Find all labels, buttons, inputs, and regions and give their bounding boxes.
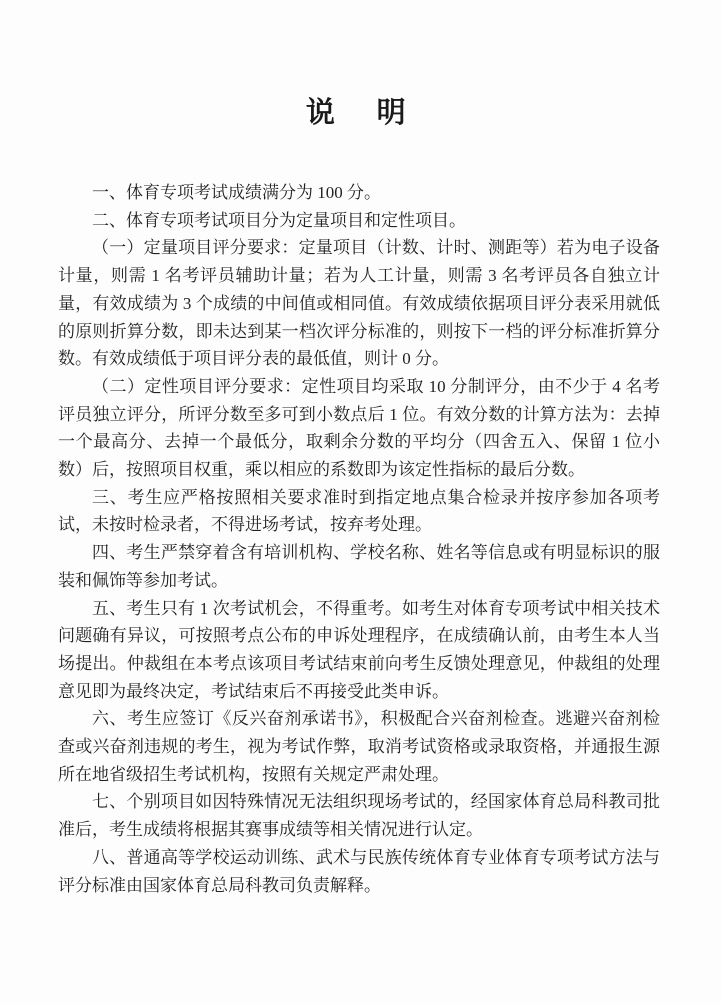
paragraph-2: 二、体育专项考试项目分为定量项目和定性项目。 xyxy=(58,207,660,235)
paragraph-4: （二）定性项目评分要求：定性项目均采取 10 分制评分，由不少于 4 名考评员独… xyxy=(58,373,660,484)
paragraph-3: （一）定量项目评分要求：定量项目（计数、计时、测距等）若为电子设备计量，则需 1… xyxy=(58,234,660,373)
paragraph-10: 八、普通高等学校运动训练、武术与民族传统体育专业体育专项考试方法与评分标准由国家… xyxy=(58,844,660,899)
paragraph-1: 一、体育专项考试成绩满分为 100 分。 xyxy=(58,179,660,207)
paragraph-8: 六、考生应签订《反兴奋剂承诺书》，积极配合兴奋剂检查。逃避兴奋剂检查或兴奋剂违规… xyxy=(58,705,660,788)
paragraph-7: 五、考生只有 1 次考试机会，不得重考。如考生对体育专项考试中相关技术问题确有异… xyxy=(58,595,660,706)
page-title: 说 明 xyxy=(58,96,660,130)
paragraph-9: 七、个别项目如因特殊情况无法组织现场考试的，经国家体育总局科教司批准后，考生成绩… xyxy=(58,788,660,843)
paragraph-6: 四、考生严禁穿着含有培训机构、学校名称、姓名等信息或有明显标识的服装和佩饰等参加… xyxy=(58,539,660,594)
document-body: 一、体育专项考试成绩满分为 100 分。 二、体育专项考试项目分为定量项目和定性… xyxy=(58,179,660,899)
paragraph-5: 三、考生应严格按照相关要求准时到指定地点集合检录并按序参加各项考试，未按时检录者… xyxy=(58,484,660,539)
document-page: 说 明 一、体育专项考试成绩满分为 100 分。 二、体育专项考试项目分为定量项… xyxy=(0,0,721,1005)
